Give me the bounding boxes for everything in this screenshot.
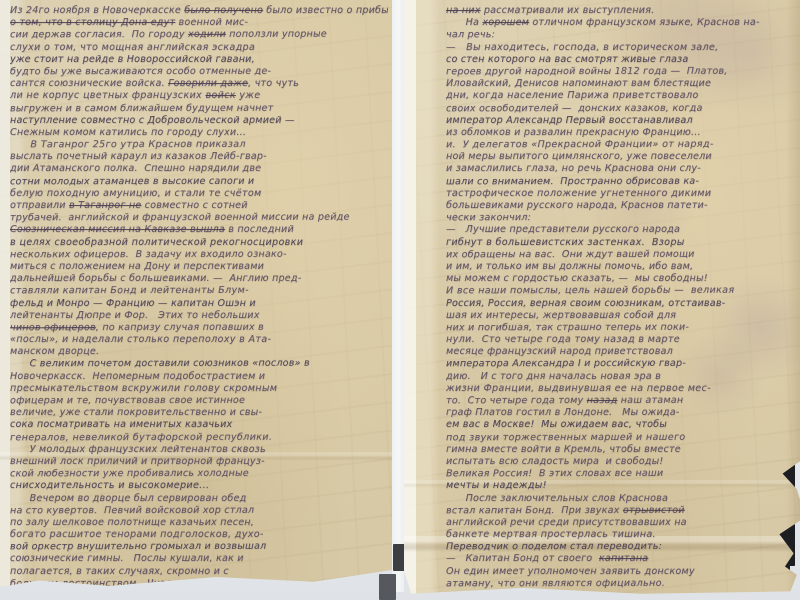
manuscript-line: гимна вместе войти в Кремль, чтобы вмест…	[446, 444, 798, 456]
manuscript-line: богато расшитое тенорами подголосков, ду…	[10, 529, 388, 541]
manuscript-line: сантся союзнические войска. Говорили даж…	[10, 78, 388, 90]
manuscript-line: величие, уже стали покровительственно и …	[10, 407, 388, 419]
manuscript-line: чески закончил:	[446, 212, 798, 225]
manuscript-line: испытать всю сладость мира и свободы!	[446, 456, 798, 468]
manuscript-line: ем вас в Москве! Мы ожидаем вас, чтобы	[446, 419, 798, 431]
manuscript-line: — Лучшие представители русского народа	[446, 224, 798, 236]
manuscript-line: жизни Франции, выдвинувшая ее на первое …	[446, 383, 798, 395]
manuscript-line: тастрофическое положение угнетенного дик…	[446, 188, 798, 200]
manuscript-line: — Капитан Бонд от своего капитана	[446, 553, 798, 565]
manuscript-line: фельд и Монро — Францию — капитан Ошэн и	[10, 298, 388, 310]
manuscript-line: сии держав согласия. По городу ходили по…	[10, 29, 388, 42]
manuscript-line: то. Сто четыре года тому назад наш атама…	[446, 395, 798, 408]
manuscript-line: английской речи среди присутствовавших н…	[446, 517, 798, 529]
manuscript-line: Снежным комом катились по городу слухи..…	[10, 127, 388, 139]
page-shadow-fragment	[379, 574, 396, 600]
manuscript-line: своих освободителей — донских казаков, к…	[446, 102, 798, 115]
manuscript-line: — Вы находитесь, господа, в историческом…	[446, 42, 798, 54]
manuscript-line: Союзническая миссия на Кавказе вышла в п…	[10, 224, 388, 236]
left-page-text: Из 24го ноября в Новочеркасске было полу…	[0, 3, 392, 590]
manuscript-right-page: на них рассматривали их выступления. На …	[404, 0, 800, 595]
manuscript-line: После заключительных слов Краснова	[446, 493, 798, 505]
manuscript-line: отправили в Таганрог не совместно с сотн…	[10, 200, 388, 212]
manuscript-line: шая их интересы, жертвовавшая собой для	[446, 310, 798, 322]
manuscript-line: слухи о том, что мощная английская эскад…	[10, 42, 388, 54]
manuscript-line: из обломков и развалин прекрасную Франци…	[446, 127, 798, 139]
manuscript-photo: Из 24го ноября в Новочеркасске было полу…	[0, 0, 800, 600]
manuscript-line: выгружен и в самом ближайшем будущем нач…	[10, 102, 388, 115]
manuscript-line: граф Платов гостил в Лондоне. Мы ожида-	[446, 407, 798, 419]
manuscript-line: и замаслились глаза, но речь Краснова он…	[446, 163, 798, 175]
manuscript-line: гибнут в большевистских застенках. Взоры	[446, 237, 798, 249]
manuscript-line: дию. И с того дня началась новая эра в	[446, 371, 798, 383]
manuscript-line: императора Александра I и российскую гва…	[446, 358, 798, 371]
manuscript-line: манском дворце.	[10, 346, 388, 358]
manuscript-line: миться с положением на Дону и перспектив…	[10, 261, 388, 273]
manuscript-line: внешний лоск приличий и притворной франц…	[10, 456, 388, 468]
manuscript-line: на сто кувертов. Певчий войсковой хор ст…	[10, 504, 388, 517]
manuscript-line: чинов офицеров, по капризу случая попавш…	[10, 321, 388, 334]
manuscript-line: полагается, в таких случаях, скромно и с	[10, 566, 388, 578]
manuscript-line: Из 24го ноября в Новочеркасске было полу…	[10, 5, 388, 17]
manuscript-line: большевиками русского народа, Краснов па…	[446, 200, 798, 212]
manuscript-line: встал капитан Бонд. При звуках отрывисто…	[446, 504, 798, 517]
manuscript-line: С великим почетом доставили союзников «п…	[10, 358, 388, 371]
manuscript-line: трубачей. английской и французской военн…	[10, 212, 388, 225]
manuscript-line: мы можем с гордостью сказать, — мы свобо…	[446, 273, 798, 285]
manuscript-line: мечты и надежды!	[446, 480, 798, 492]
manuscript-line: нули. Сто четыре года тому назад в марте	[446, 334, 798, 346]
manuscript-line: о том, что в столицу Дона едут военной м…	[10, 17, 388, 29]
manuscript-line: генералов, невеликой бутафорской республ…	[10, 431, 388, 444]
page-gap	[392, 0, 404, 592]
manuscript-line: Новочеркасск. Непомерным подобострастием…	[10, 371, 388, 383]
manuscript-line: наступление совместно с Добровольческой …	[10, 115, 388, 127]
manuscript-line: банкете мертвая простерлась тишина.	[446, 529, 798, 541]
manuscript-line: дальнейшей борьбы с большевиками. — Англ…	[10, 273, 388, 285]
manuscript-line: И все наши помыслы, цель нашей борьбы — …	[446, 285, 798, 298]
manuscript-line: большим достоинством. Чувствуя историчес…	[10, 577, 388, 590]
manuscript-line: по залу шелковое полотнище казачьих песе…	[10, 517, 388, 529]
manuscript-line: их обращены на вас. Они ждут вашей помощ…	[446, 248, 798, 261]
manuscript-line: вой оркестр внушительно громыхал и возвы…	[10, 541, 388, 554]
manuscript-line: Иловайский, Денисов напоминают вам блест…	[446, 78, 798, 90]
manuscript-line: со стен которого на вас смотрят живые гл…	[446, 54, 798, 66]
right-page-text: на них рассматривали их выступления. На …	[404, 3, 800, 595]
manuscript-line: ли не корпус цветных французских войск у…	[10, 90, 388, 102]
manuscript-line: в целях своеобразной политической рекогн…	[10, 237, 388, 249]
manuscript-line: офицерам и те, почувствовав свое истинно…	[10, 395, 388, 408]
manuscript-line: ной меры выпитого цимлянского, уже повес…	[446, 151, 798, 163]
manuscript-line: снисходительность и высокомерие...	[10, 480, 388, 492]
manuscript-line: дии Атаманского полка. Спешно нарядили д…	[10, 163, 388, 175]
manuscript-line: Великая Россия! В этих словах все наши	[446, 468, 798, 481]
manuscript-line: лейтенанты Дюпре и Фор. Этих то небольши…	[10, 310, 388, 322]
manuscript-line: чал речь:	[446, 29, 798, 42]
manuscript-line: союзнические гимны. Послы кушали, как и	[10, 553, 388, 565]
manuscript-line: сока посматривать на именитых казачьих	[10, 419, 388, 431]
manuscript-line: император Александр Первый восстанавлива…	[446, 115, 798, 127]
manuscript-line: нескольких офицеров. В задачу их входило…	[10, 248, 388, 261]
manuscript-line: ской любезности уже пробивались холодные	[10, 468, 388, 481]
manuscript-line: и им, и только им вы должны помочь, ибо …	[446, 261, 798, 273]
manuscript-line: выслать почетный караул из казаков Лейб-…	[10, 151, 388, 163]
manuscript-line: атаману, что они являются официально.	[446, 577, 798, 590]
manuscript-line: на них рассматривали их выступления.	[446, 5, 798, 17]
manuscript-line: На хорошем отличном французском языке, К…	[446, 17, 798, 29]
manuscript-line: и. У делегатов «Прекрасной Франции» от н…	[446, 139, 798, 152]
manuscript-line: пресмыкательством вскружили голову скром…	[10, 383, 388, 395]
manuscript-line: под звуки торжественных маршей и нашего	[446, 431, 798, 444]
manuscript-line: Он един имеет уполномочен заявить донско…	[446, 566, 798, 578]
manuscript-line: сотни молодых атаманцев в высокие сапоги…	[10, 175, 388, 188]
manuscript-line: Переводчик о поделом стал переводить:	[446, 541, 798, 554]
manuscript-line: месяце французский народ приветствовал	[446, 346, 798, 358]
manuscript-line: «послы», и наделали столько переполоху в…	[10, 334, 388, 346]
manuscript-line: У молодых французских лейтенантов сквозь	[10, 444, 388, 456]
manuscript-line: Россия, Россия, верная своим союзникам, …	[446, 298, 798, 310]
manuscript-line: В Таганрог 25го утра Краснов приказал	[10, 139, 388, 152]
manuscript-line: Вечером во дворце был сервирован обед	[10, 493, 388, 505]
manuscript-line: ставляли капитан Бонд и лейтенанты Блум-	[10, 285, 388, 298]
manuscript-line: дни, когда население Парижа приветствова…	[446, 90, 798, 102]
manuscript-line: шали со вниманием. Пространно обрисовав …	[446, 175, 798, 188]
manuscript-line: уже стоит на рейде в Новороссийской гава…	[10, 54, 388, 66]
manuscript-left-page: Из 24го ноября в Новочеркасске было полу…	[0, 0, 392, 590]
manuscript-line: героев другой народной войны 1812 года —…	[446, 66, 798, 79]
manuscript-line: будто бы уже высаживаются особо отменные…	[10, 65, 388, 78]
manuscript-line: белую походную амуницию, и стали те счёт…	[10, 188, 388, 200]
manuscript-line: них и погибшая, так страшно теперь их по…	[446, 321, 798, 334]
